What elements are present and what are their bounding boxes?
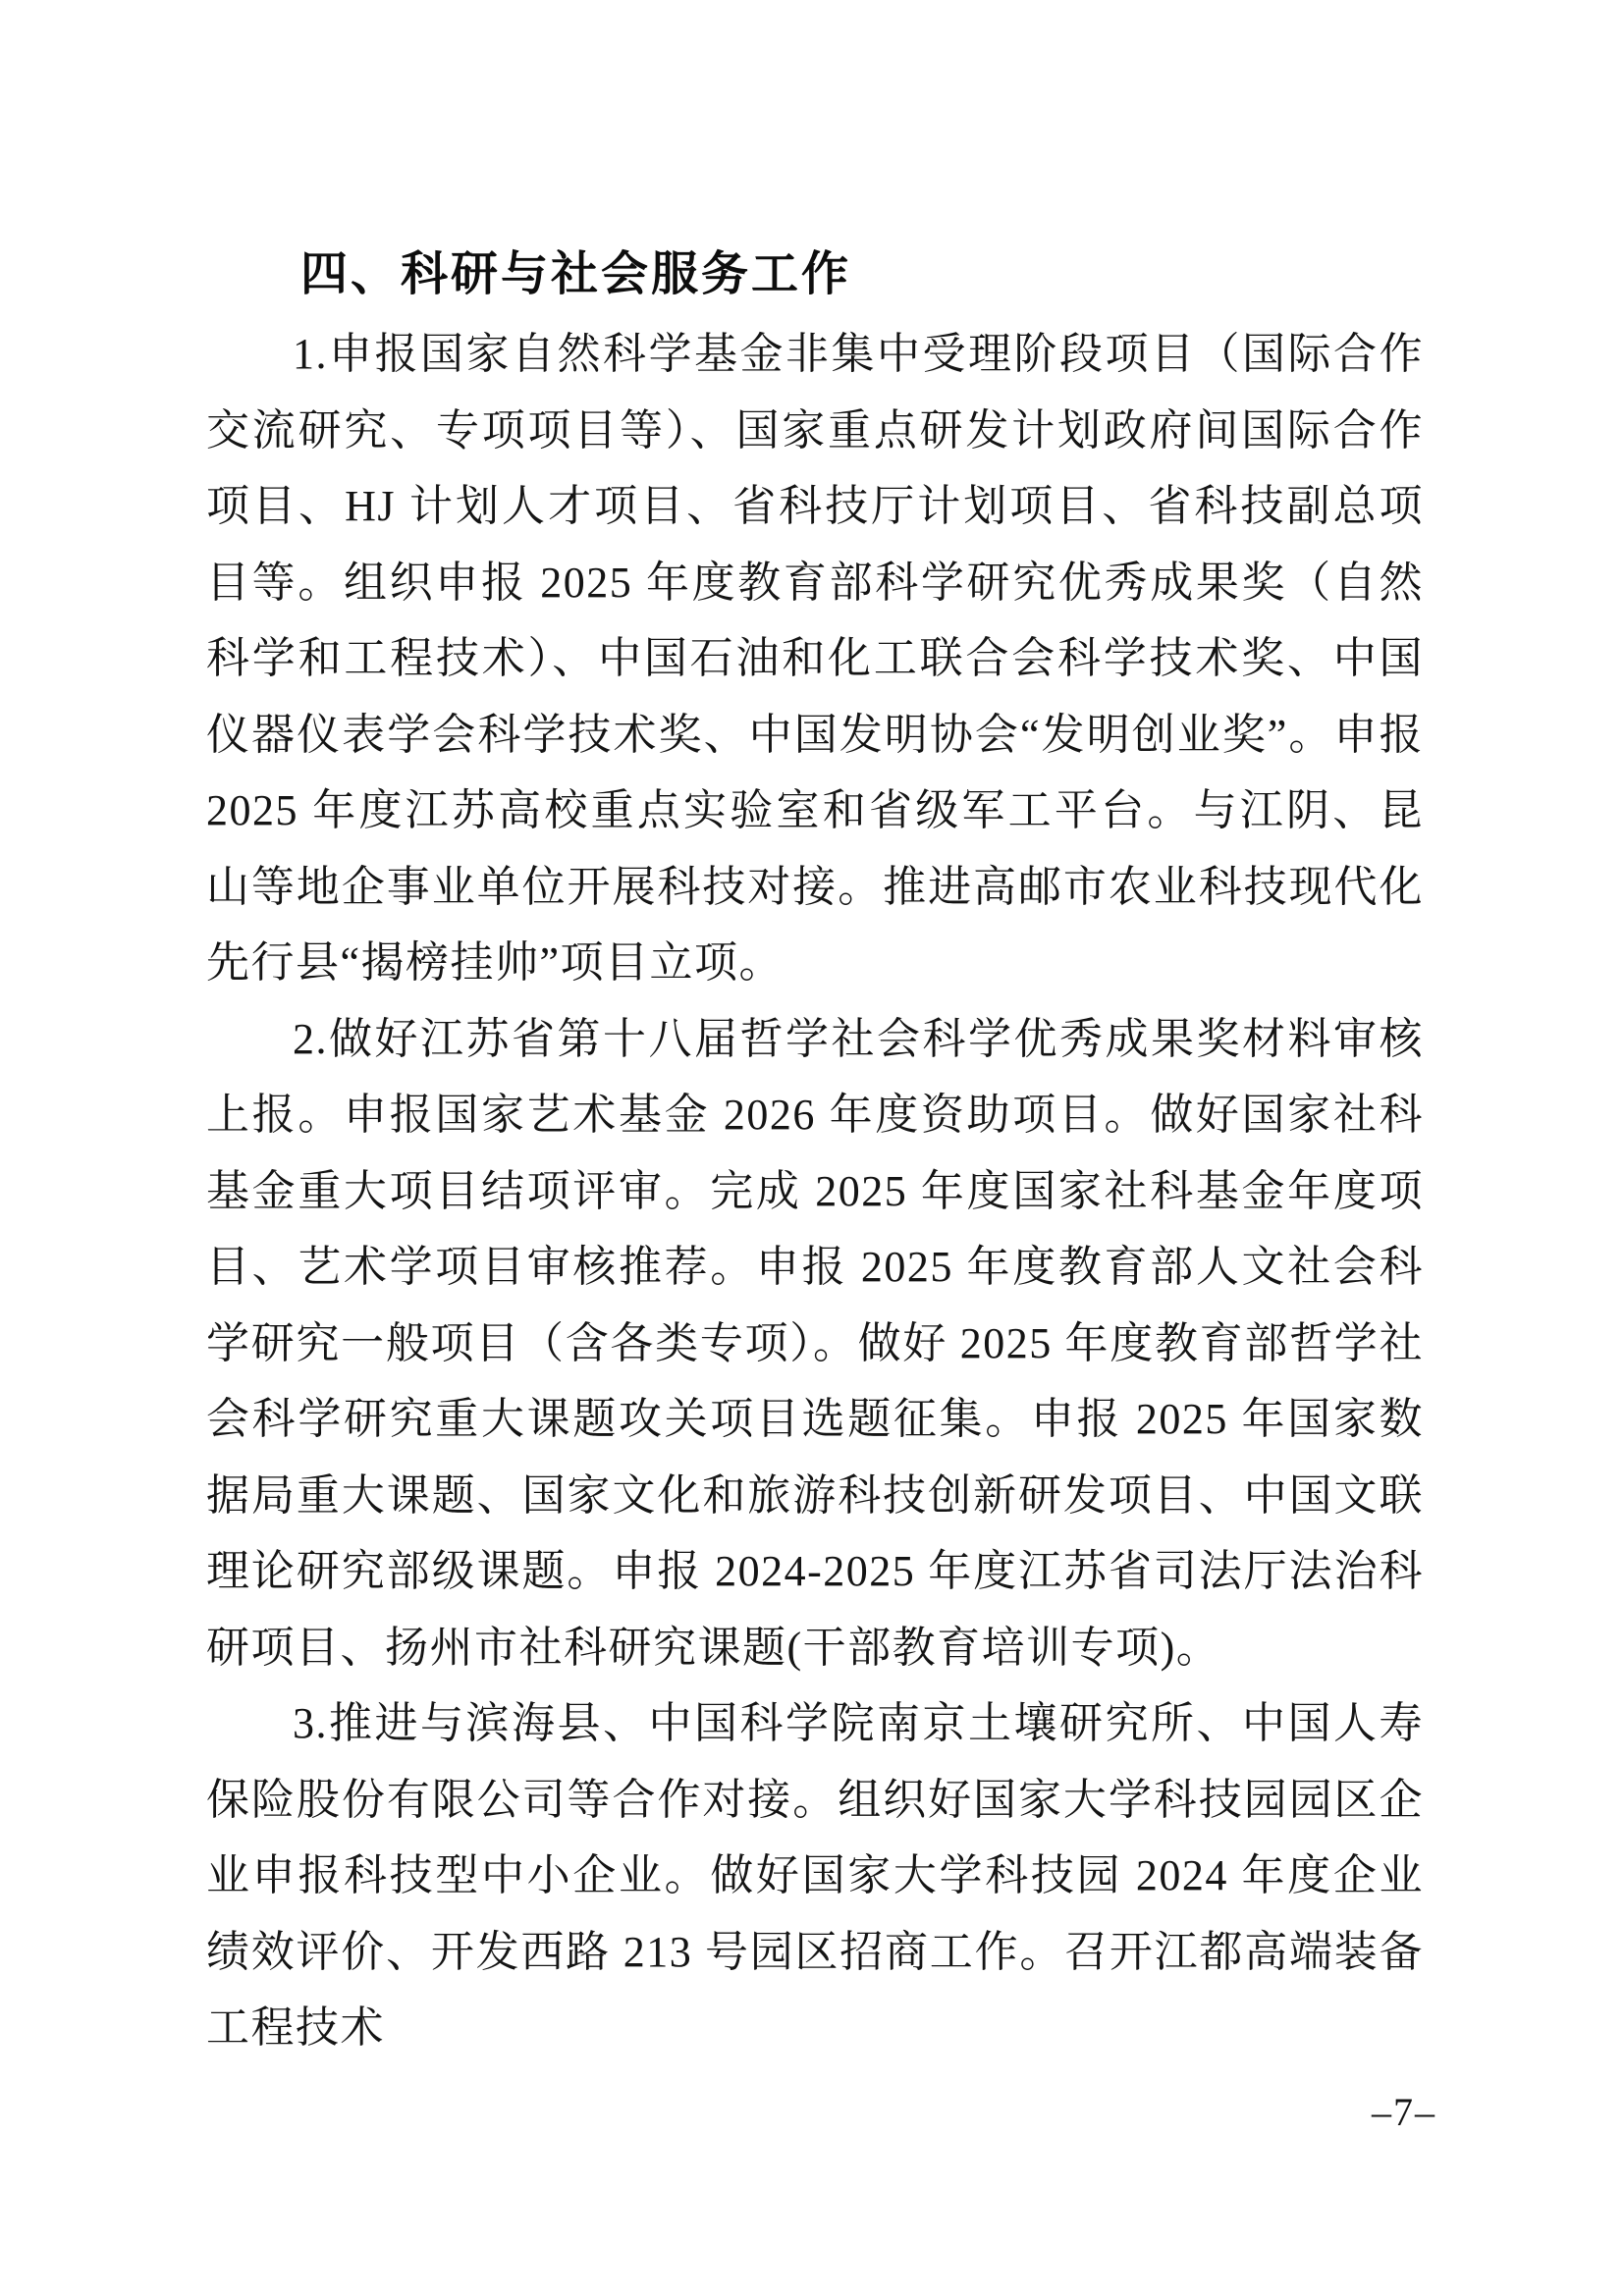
document-page: 四、科研与社会服务工作 1.申报国家自然科学基金非集中受理阶段项目（国际合作交流… (0, 0, 1624, 2296)
body-paragraph-1: 1.申报国家自然科学基金非集中受理阶段项目（国际合作交流研究、专项项目等）、国家… (206, 316, 1424, 1001)
section-title: 四、科研与社会服务工作 (206, 234, 1424, 316)
body-paragraph-2: 2.做好江苏省第十八届哲学社会科学优秀成果奖材料审核上报。申报国家艺术基金 20… (206, 1001, 1424, 1686)
text-block: 四、科研与社会服务工作 1.申报国家自然科学基金非集中受理阶段项目（国际合作交流… (206, 234, 1424, 2066)
page-number: –7– (1316, 2089, 1492, 2135)
body-paragraph-3: 3.推进与滨海县、中国科学院南京土壤研究所、中国人寿保险股份有限公司等合作对接。… (206, 1685, 1424, 2066)
